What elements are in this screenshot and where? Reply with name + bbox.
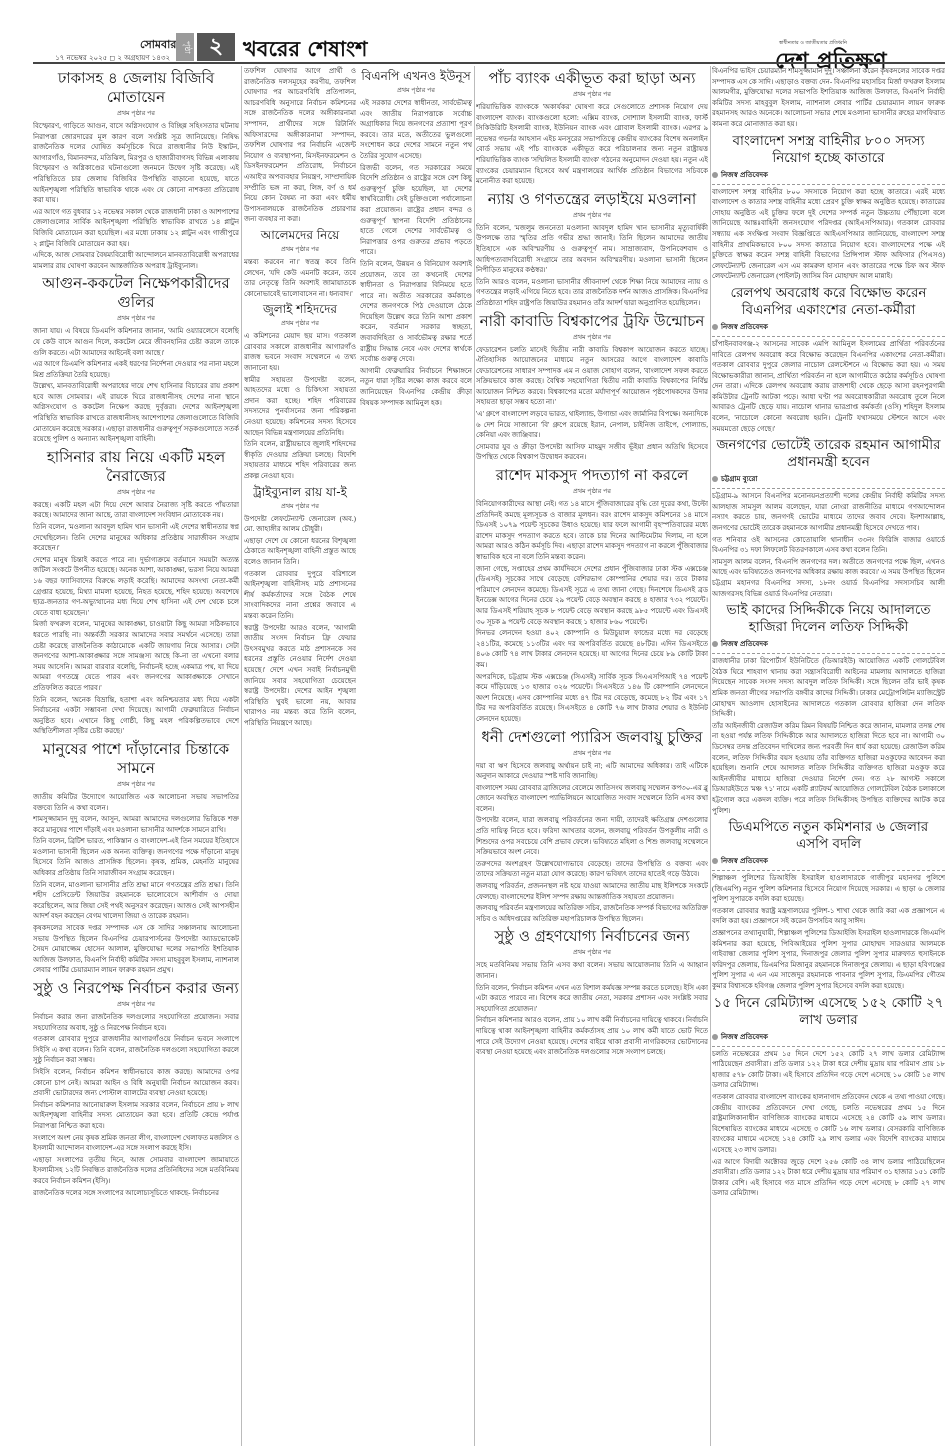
article-fair-election: সুষ্ঠু ও নিরপেক্ষ নির্বাচন করার জন্য প্র… (33, 979, 239, 1198)
paragraph: রাজধানীর ঢাকা রিপোর্টার্স ইউনিটিতে (ডিআর… (712, 656, 945, 720)
article-five-banks-merger: পাঁচ ব্যাংক একীভূত করা ছাড়া অন্য প্রথম … (476, 69, 708, 187)
paragraph: জানা গেছে, সপ্তাহের প্রথম কার্যদিবসে দেশ… (476, 564, 708, 628)
jump-line: প্রথম পৃষ্ঠার পর (476, 332, 708, 343)
paragraph: শামসুজ্জামান দুদু বলেন, আসুন, আমরা আমাদে… (33, 814, 239, 835)
headline: নারী কাবাডি বিশ্বকাপের ট্রফি উন্মোচন (476, 312, 708, 331)
paragraph: জলবায়ু পরিবর্তন, প্রজননস্থল নষ্ট হয়ে য… (476, 881, 708, 902)
article-bhasani-meeting-continued: বিএনপির ভাইস চেয়ারম্যান শামসুজ্জামান দু… (712, 66, 945, 130)
bullet-icon (712, 476, 718, 482)
paragraph: মির্জা ফখরুল বলেন, 'মানুষের আকাঙ্ক্ষা, চ… (33, 619, 239, 693)
paragraph: চাঁপাইনবাবগঞ্জ-২ আসনের সাবেক এমপি আমিনুল… (712, 339, 945, 434)
paragraph: শিল্পাঞ্চল পুলিশের ডিআইজি ইসরাইল হাওলাদা… (712, 873, 945, 905)
headline: ধনী দেশগুলো প্যারিস জলবায়ু চুক্তির (476, 728, 708, 747)
jump-line: প্রথম পৃষ্ঠার পর (33, 108, 239, 119)
article-fair-election-continued: তফশিল ঘোষণার আগে প্রার্থী ও রাজনৈতিক দলস… (244, 66, 356, 225)
headline: ১৫ দিনে রেমিট্যান্স এসেছে ১৫২ কোটি ২৭ লা… (712, 995, 945, 1029)
paragraph: রিজভী বলেন, গত সরকারের সময়ে বিদেশি প্রত… (360, 163, 472, 258)
paragraph: তিনি বলেন, রাষ্ট্রীয়ভাবে জুলাই শহিদদের … (244, 439, 356, 481)
paragraph: এর আগে গত বুধবার ১২ নভেম্বর সকাল থেকে রা… (33, 207, 239, 249)
article-latif-siddiqui: ভাই কাদের সিদ্দিকীকে নিয়ে আদালতে হাজিরা… (712, 602, 945, 816)
headline: ভাই কাদের সিদ্দিকীকে নিয়ে আদালতে হাজিরা… (712, 602, 945, 636)
paragraph: বাংলাদেশ সশস্ত্র বাহিনীর ৮০০ সদস্যকে নিয… (712, 187, 945, 282)
paragraph: ফেডারেশন চলতি মাসেই দ্বিতীয় নারী কাবাডি… (476, 345, 708, 409)
article-bgb-deployment: ঢাকাসহ ৪ জেলায় বিজিবি মোতায়েন প্রথম পৃ… (33, 69, 239, 271)
paragraph: তিনি বলেন, ব্রিটিশ ভারত, পাকিস্তান ও বাং… (33, 836, 239, 878)
paragraph: তিনি বলেন, 'অনেক বিভ্রান্তি, হতাশা এবং অ… (33, 695, 239, 737)
article-tribunal-verdict: ট্রাইব্যুনাল রায় যা-ই প্রথম পৃষ্ঠার পর … (244, 485, 356, 729)
paragraph: জানা যায়। এ বিষয়ে ডিএমপি কমিশনার জানান… (33, 326, 239, 358)
paragraph: জাতীয় কমিটির উদ্যোগে আয়োজিত এক আলোচনা … (33, 792, 239, 813)
article-stand-by-people: মানুষের পাশে দাঁড়ানোর চিন্তাকে সামনে প্… (33, 740, 239, 976)
headline: ডিএমপিতে নতুন কমিশনার ৬ জেলার এসপি বদলি (712, 819, 945, 853)
column-3: পাঁচ ব্যাংক একীভূত করা ছাড়া অন্য প্রথম … (476, 66, 708, 1446)
headline: মানুষের পাশে দাঁড়ানোর চিন্তাকে সামনে (33, 740, 239, 778)
headline: হাসিনার রায় নিয়ে একটি মহল নৈরাজ্যের (33, 448, 239, 486)
article-tarique-pm: জনগণের ভোটেই তারেক রহমান আগামীর প্রধানমন… (712, 437, 945, 599)
headline: ঢাকাসহ ৪ জেলায় বিজিবি মোতায়েন (33, 69, 239, 107)
paragraph: বিস্ফোরণ, গাড়িতে আগুন, বাসে অগ্নিসংযোগ … (33, 121, 239, 206)
headline: বাংলাদেশ সশস্ত্র বাহিনীর ৮০০ সদস্য নিয়ো… (712, 133, 945, 167)
paragraph: তিনি বলেন, 'মওলানা আবদুল হামিদ খান ভাসান… (33, 522, 239, 554)
paragraph: গতকাল রোববার স্বরাষ্ট্র মন্ত্রণালয়ের পু… (712, 906, 945, 927)
article-hasina-verdict: হাসিনার রায় নিয়ে একটি মহল নৈরাজ্যের প্… (33, 448, 239, 737)
jump-line: প্রথম পৃষ্ঠার পর (244, 244, 356, 255)
paragraph: বিএনপির ভাইস চেয়ারম্যান শামসুজ্জামান দু… (712, 66, 945, 130)
paragraph: উপদেষ্টা বলেন, যারা জলবায়ু পরিবর্তনের জ… (476, 815, 708, 857)
page-number: ২ (197, 33, 235, 61)
jump-line: প্রথম পৃষ্ঠার পর (476, 210, 708, 221)
paragraph: উল্লেখ্য, মানবতাবিরোধী অপরাধের দায়ে শেখ… (33, 381, 239, 445)
article-rashed-maksud: রাশেদ মাকসুদ পদত্যাগ না করলে প্রথম পৃষ্ঠ… (476, 466, 708, 724)
paragraph: এছাড়া সংলাপের তৃতীয় দিনে, আজ সোমবার বা… (33, 1155, 239, 1187)
column-4: বিএনপির ভাইস চেয়ারম্যান শামসুজ্জামান দু… (712, 66, 945, 1446)
jump-line: প্রথম পৃষ্ঠার পর (244, 318, 356, 329)
paragraph: এর আগে বিদায়ী অক্টোবর জুড়ে দেশে ২৫৬ কো… (712, 1157, 945, 1199)
paragraph: সহে মতবিনিময় সভায় তিনি এসব কথা বলেন। স… (476, 960, 708, 981)
paragraph: তিনি বলেন, উন্নয়ন ও বিনিয়োগ অবশ্যই প্র… (360, 259, 472, 365)
paragraph: তফশিল ঘোষণার আগে প্রার্থী ও রাজনৈতিক দলস… (244, 66, 356, 225)
byline: নিজস্ব প্রতিবেদক (712, 1031, 945, 1047)
article-remittance: ১৫ দিনে রেমিট্যান্স এসেছে ১৫২ কোটি ২৭ লা… (712, 995, 945, 1199)
paragraph: 'এ' গ্রুপে বাংলাদেশ লড়বে ভারত, থাইল্যান… (476, 409, 708, 441)
headline: সুষ্ঠু ও নিরপেক্ষ নির্বাচন করার জন্য (33, 979, 239, 998)
article-acceptable-election: সুষ্ঠু ও গ্রহণযোগ্য নির্বাচনের জন্য প্রথ… (476, 927, 708, 1057)
paragraph: গতকাল রোববার দুপুরে বরিশালে আইনশৃঙ্খলা ব… (244, 569, 356, 622)
article-cec-continued: আগামী ফেব্রুয়ারির নির্বাচনে শিক্ষাঙ্গনে… (360, 366, 472, 408)
masthead-rule (33, 62, 945, 64)
paragraph: সামসুল আলম বলেন, 'বিএনপি জনগণের দল। অতীত… (712, 557, 945, 599)
headline: পাঁচ ব্যাংক একীভূত করা ছাড়া অন্য (476, 69, 708, 88)
paragraph: এদিকে, আজ সোমবার বৈষম্যবিরোধী আন্দোলনে ম… (33, 250, 239, 271)
paragraph: তিনি বলেন, মাওলানা ভাসানীর প্রতি শ্রদ্ধা… (33, 880, 239, 922)
jump-line: প্রথম পৃষ্ঠার পর (33, 779, 239, 790)
article-july-martyrs: জুলাই শহিদদের প্রথম পৃষ্ঠার পর এ কমিশনের… (244, 302, 356, 481)
article-dmp-commissioner: ডিএমপিতে নতুন কমিশনার ৬ জেলার এসপি বদলি … (712, 819, 945, 992)
headline: জনগণের ভোটেই তারেক রহমান আগামীর প্রধানমন… (712, 437, 945, 471)
paragraph: চট্টগ্রাম-৯ আসনে বিএনপির মনোনয়নপ্রত্যাশ… (712, 491, 945, 533)
bullet-icon (712, 1034, 718, 1040)
jump-line: প্রথম পৃষ্ঠার পর (476, 947, 708, 958)
article-paris-climate: ধনী দেশগুলো প্যারিস জলবায়ু চুক্তির প্রথ… (476, 728, 708, 925)
paragraph: দেশের মানুষ চিন্তাই করতে পারে না। দুর্ভা… (33, 555, 239, 619)
paragraph: তিনি আরও বলেন, মওলানা ভাসানীর জীবনাদর্শ … (476, 277, 708, 309)
paragraph: এর আগে ডিএমপি কমিশনার একই ধরণের নির্দেশন… (33, 359, 239, 380)
page-label: পৃষ্ঠা (176, 33, 194, 61)
article-rail-blockade: রেলপথ অবরোধ করে বিক্ষোভ করেন বিএনপির একা… (712, 285, 945, 434)
paragraph: গত শনিবার ওই আসনের কোতোয়ালি থানাধীন ৩৩ন… (712, 535, 945, 556)
paragraph: বাংলাদেশ সময় রোববার ব্রাজিলের বেলেমে জা… (476, 783, 708, 815)
paragraph: গতকাল রোববার দুপুরে রাজধানীর আগারগাঁওয়ে… (33, 1034, 239, 1066)
paragraph: তাঁর আইনজীবী রেজাউল করিম রিমন বিষয়টি নি… (712, 721, 945, 816)
column-divider (241, 66, 242, 1446)
bullet-icon (712, 641, 718, 647)
headline: রেলপথ অবরোধ করে বিক্ষোভ করেন বিএনপির একা… (712, 285, 945, 319)
paragraph: তিনি বলেন, 'মজলুম জননেতা মওলানা আবদুল হা… (476, 223, 708, 276)
paragraph: মন্তব্য করবেন না।' স্বতন্ত্র কবে তিনি লে… (244, 257, 356, 299)
paragraph: সিইসি বলেন, নির্বাচন কমিশন স্বাধীনভাবে ক… (33, 1067, 239, 1099)
byline: নিজস্ব প্রতিবেদক (712, 321, 945, 337)
article-arson-shoot-order: আগুন-ককটেল নিক্ষেপকারীদের গুলির প্রথম পৃ… (33, 274, 239, 445)
article-alem: আলেমদের নিয়ে প্রথম পৃষ্ঠার পর মন্তব্য ক… (244, 228, 356, 299)
paragraph: রাজনৈতিক দলের সঙ্গে সংলাপের আলোচ্যসূচিতে… (33, 1188, 239, 1199)
byline: চট্টগ্রাম ব্যুরো (712, 473, 945, 489)
paragraph: তিনি বলেন, 'নির্বাচন কমিশন এখন এত বিশাল … (476, 983, 708, 1015)
paragraph: স্বামীর সহায়তা উপদেষ্টা বলেন, আহতদের মধ… (244, 375, 356, 439)
byline: নিজস্ব প্রতিবেদক (712, 855, 945, 871)
paragraph: স্বরাষ্ট্র উপদেষ্টা আরও বলেন, 'আগামী জাত… (244, 623, 356, 729)
paragraph: নির্বাচন করার জন্য রাজনৈতিক দলগুলোর সহযো… (33, 1012, 239, 1033)
paragraph: অপরদিকে, চট্টগ্রাম স্টক এক্সচেঞ্জ (সিএসই… (476, 672, 708, 725)
headline: রাশেদ মাকসুদ পদত্যাগ না করলে (476, 466, 708, 485)
paragraph: কৃষকদলের সাবেক দপ্তর সম্পাদক এস কে সাদির… (33, 923, 239, 976)
paragraph: নির্বাচন কমিশনার আরও বলেন, প্রায় ১০ লাখ… (476, 1015, 708, 1057)
bullet-icon (712, 172, 718, 178)
paragraph: গতকাল রোববার বাংলাদেশ ব্যাংকের হালনাগাদ … (712, 1092, 945, 1156)
jump-line: প্রথম পৃষ্ঠার পর (360, 85, 472, 96)
paragraph: দিনভর লেনদেন হওয়া ৪০২ কোম্পানি ও মিউচুয… (476, 628, 708, 670)
column-2b: বিএনপি এখনও ইউনূস প্রথম পৃষ্ঠার পর এই সর… (360, 66, 472, 1446)
paragraph: সোমবার যুব ও ক্রীড়া উপদেষ্টা আসিফ মাহমু… (476, 442, 708, 463)
jump-line: প্রথম পৃষ্ঠার পর (476, 486, 708, 497)
paragraph: শরিয়াভিত্তিক ব্যাংককে 'অকার্যকর' ঘোষণা … (476, 102, 708, 187)
masthead: সোমবার ১৭ নভেম্বর ২০২৫ ◻ ২ অগ্রহায়ণ ১৪৩… (0, 0, 945, 62)
article-bhasani-democracy: ন্যায় ও গণতন্ত্রের লড়াইয়ে মওলানা প্রথ… (476, 190, 708, 309)
bullet-icon (712, 324, 718, 330)
jump-line: প্রথম পৃষ্ঠার পর (476, 89, 708, 100)
column-2: তফশিল ঘোষণার আগে প্রার্থী ও রাজনৈতিক দলস… (244, 66, 356, 1446)
article-armed-forces-qatar: বাংলাদেশ সশস্ত্র বাহিনীর ৮০০ সদস্য নিয়ো… (712, 133, 945, 282)
column-1: ঢাকাসহ ৪ জেলায় বিজিবি মোতায়েন প্রথম পৃ… (33, 66, 239, 1446)
jump-line: প্রথম পৃষ্ঠার পর (33, 313, 239, 324)
article-bnp-yunus: বিএনপি এখনও ইউনূস প্রথম পৃষ্ঠার পর এই সর… (360, 69, 472, 365)
jump-line: প্রথম পৃষ্ঠার পর (476, 748, 708, 759)
column-divider (710, 66, 711, 1446)
paragraph: আগামী ফেব্রুয়ারির নির্বাচনে শিক্ষাঙ্গনে… (360, 366, 472, 408)
headline: ট্রাইব্যুনাল রায় যা-ই (244, 485, 356, 500)
paragraph: সংলাপে অংশ নেয় কৃষক শ্রমিক জনতা লীগ, বা… (33, 1133, 239, 1154)
column-divider (474, 66, 475, 1446)
paragraph: করছে। একটি মহল এটা দিয়ে দেশে আবার নৈরাজ… (33, 500, 239, 521)
paragraph: দয়া বা ঋণ হিসেবে জলবায়ু অর্থায়ন চাই ন… (476, 761, 708, 782)
paragraph: নির্বাচন কমিশনার আনোয়ারুল ইসলাম সরকার ব… (33, 1100, 239, 1132)
jump-line: প্রথম পৃষ্ঠার পর (33, 999, 239, 1010)
paragraph: এই সরকার দেশের স্বাধীনতা, সার্বভৌমত্ব এব… (360, 98, 472, 162)
paragraph: জলবায়ু পরিবর্তন মন্ত্রণালয়ের অতিরিক্ত … (476, 903, 708, 924)
paragraph: এ কমিশনের মেয়াদ ছয় মাস। গতকাল রোববার স… (244, 331, 356, 373)
headline: বিএনপি এখনও ইউনূস (360, 69, 472, 84)
paragraph: এছাড়া দেশে যে কোনো ধরনের বিশৃঙ্খলা ঠেকা… (244, 536, 356, 568)
paragraph: তরুণদের অংশগ্রহণ উল্লেখযোগ্যভাবে বেড়েছে… (476, 859, 708, 880)
bullet-icon (712, 858, 718, 864)
headline: সুষ্ঠু ও গ্রহণযোগ্য নির্বাচনের জন্য (476, 927, 708, 946)
jump-line: প্রথম পৃষ্ঠার পর (244, 501, 356, 512)
article-kabaddi-trophy: নারী কাবাডি বিশ্বকাপের ট্রফি উন্মোচন প্র… (476, 312, 708, 464)
paragraph: উপদেষ্টা লেফটেন্যান্ট জেনারেল (অব.) মো. … (244, 514, 356, 535)
headline: জুলাই শহিদদের (244, 302, 356, 317)
headline: আলেমদের নিয়ে (244, 228, 356, 243)
paragraph: চলতি নভেম্বরের প্রথম ১৫ দিনে দেশে ১৫২ কো… (712, 1049, 945, 1091)
headline: ন্যায় ও গণতন্ত্রের লড়াইয়ে মওলানা (476, 190, 708, 209)
paragraph: বিনিয়োগকারীদের আস্থা নেই। গত ১৪ মাসে পু… (476, 499, 708, 563)
byline: নিজস্ব প্রতিবেদক (712, 169, 945, 185)
byline: নিজস্ব প্রতিবেদক (712, 638, 945, 654)
paragraph: প্রজ্ঞাপনের তথ্যানুযায়ী, শিল্পাঞ্চল পুল… (712, 928, 945, 992)
jump-line: প্রথম পৃষ্ঠার পর (33, 487, 239, 498)
headline: আগুন-ককটেল নিক্ষেপকারীদের গুলির (33, 274, 239, 312)
